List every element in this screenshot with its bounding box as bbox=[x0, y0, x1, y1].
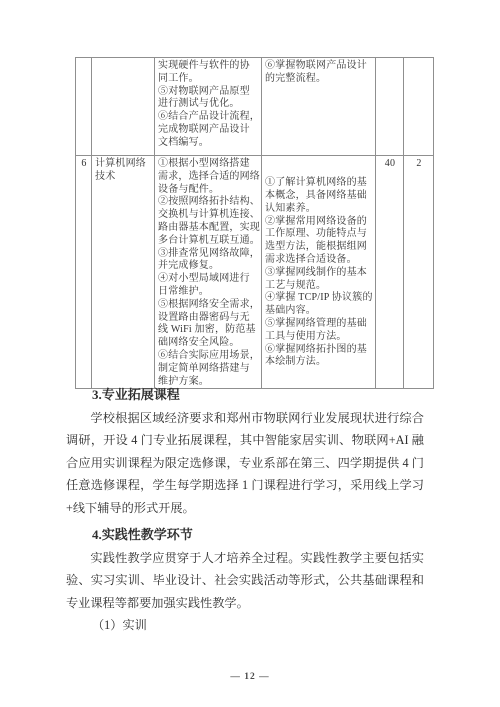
cell-class-hours: 40 bbox=[376, 156, 404, 389]
cell-seq-number: 6 bbox=[76, 156, 92, 389]
cell-course-name: 计算机网络 技术 bbox=[92, 156, 155, 389]
cell-course-name bbox=[92, 58, 155, 156]
cell-class-hours bbox=[376, 58, 404, 156]
curriculum-table: 实现硬件与软件的协 同工作。 ⑤对物联网产品原型 进行测试与优化。 ⑥结合产品设… bbox=[75, 57, 434, 389]
section-heading-practical-teaching: 4.实践性教学环节 bbox=[66, 524, 424, 546]
cell-knowledge-goals: ⑥掌握物联网产品设计 的完整流程。 bbox=[262, 58, 376, 156]
cell-knowledge-goals: ①了解计算机网络的基 本概念，具备网络基础 认知素养。 ②掌握常用网络设备的 工… bbox=[262, 156, 376, 389]
table-row: 6 计算机网络 技术 ①根据小型网络搭建 需求，选择合适的网络 设备与配件。 ②… bbox=[76, 156, 434, 389]
cell-main-tasks: ①根据小型网络搭建 需求，选择合适的网络 设备与配件。 ②按照网络拓扑结构、 交… bbox=[155, 156, 262, 389]
paragraph-expansion-courses: 学校根据区域经济要求和郑州市物联网行业发展现状进行综合调研，开设 4 门专业拓展… bbox=[66, 407, 424, 519]
page-number: — 12 — bbox=[0, 672, 500, 682]
document-page: 实现硬件与软件的协 同工作。 ⑤对物联网产品原型 进行测试与优化。 ⑥结合产品设… bbox=[0, 0, 500, 707]
cell-main-tasks: 实现硬件与软件的协 同工作。 ⑤对物联网产品原型 进行测试与优化。 ⑥结合产品设… bbox=[155, 58, 262, 156]
list-item-shixun: （1）实训 bbox=[66, 614, 424, 636]
table-row: 实现硬件与软件的协 同工作。 ⑤对物联网产品原型 进行测试与优化。 ⑥结合产品设… bbox=[76, 58, 434, 156]
cell-credits bbox=[404, 58, 434, 156]
cell-seq-number bbox=[76, 58, 92, 156]
cell-credits: 2 bbox=[404, 156, 434, 389]
section-heading-expansion-courses: 3.专业拓展课程 bbox=[66, 384, 424, 406]
paragraph-practical-teaching: 实践性教学应贯穿于人才培养全过程。实践性教学主要包括实验、实习实训、毕业设计、社… bbox=[66, 547, 424, 614]
